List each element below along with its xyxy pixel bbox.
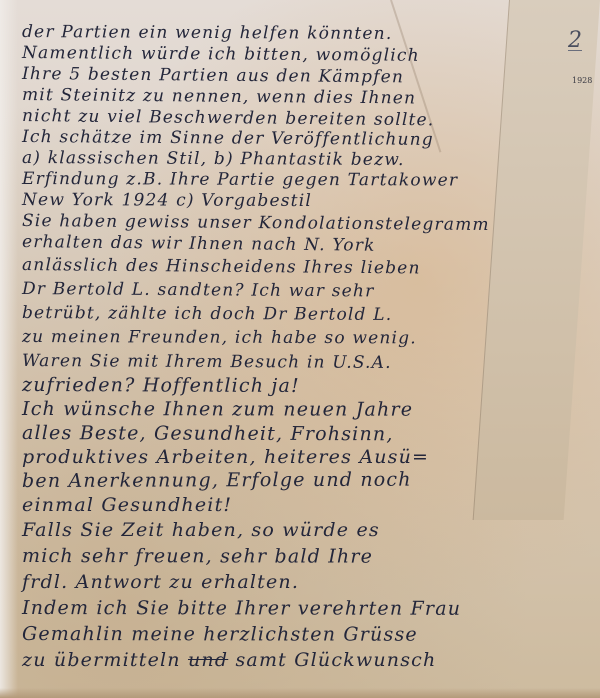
text-line: ben Anerkennung, Erfolge und noch <box>22 467 582 493</box>
struck-word: und <box>188 649 228 671</box>
text-line: einmal Gesundheit! <box>22 493 582 517</box>
text-line: zu meinen Freunden, ich habe so wenig. <box>22 325 582 351</box>
text-line: Gemahlin meine herzlichsten Grüsse <box>22 621 582 648</box>
text-line: Falls Sie Zeit haben, so würde es <box>22 517 582 543</box>
text-line: zu übermitteln und samt Glückwunsch <box>22 647 582 673</box>
text-line: betrübt, zählte ich doch Dr Bertold L. <box>22 301 582 328</box>
text-line: Ich wünsche Ihnen zum neuen Jahre <box>22 397 582 422</box>
text-line: New York 1924 c) Vorgabestil <box>22 190 582 213</box>
text-line: der Partien ein wenig helfen könnten. <box>22 22 582 46</box>
text-line: Indem ich Sie bitte Ihrer verehrten Frau <box>22 595 582 622</box>
text-line: alles Beste, Gesundheit, Frohsinn, <box>22 421 582 447</box>
text-line: mich sehr freuen, sehr bald Ihre <box>22 543 582 570</box>
text-line: Waren Sie mit Ihrem Besuch in U.S.A. <box>22 349 582 376</box>
letter-photo: 2 1928 der Partien ein wenig helfen könn… <box>0 0 600 698</box>
paper-bottom-edge <box>0 688 600 698</box>
paper-edge <box>0 0 18 698</box>
text-line: produktives Arbeiten, heiteres Ausü= <box>22 445 582 469</box>
text-line: zufrieden? Hoffentlich ja! <box>22 373 582 399</box>
text-line: Erfindung z.B. Ihre Partie gegen Tartako… <box>22 169 582 192</box>
text-line: frdl. Antwort zu erhalten. <box>22 569 582 595</box>
handwritten-text: der Partien ein wenig helfen könnten.Nam… <box>22 22 582 673</box>
